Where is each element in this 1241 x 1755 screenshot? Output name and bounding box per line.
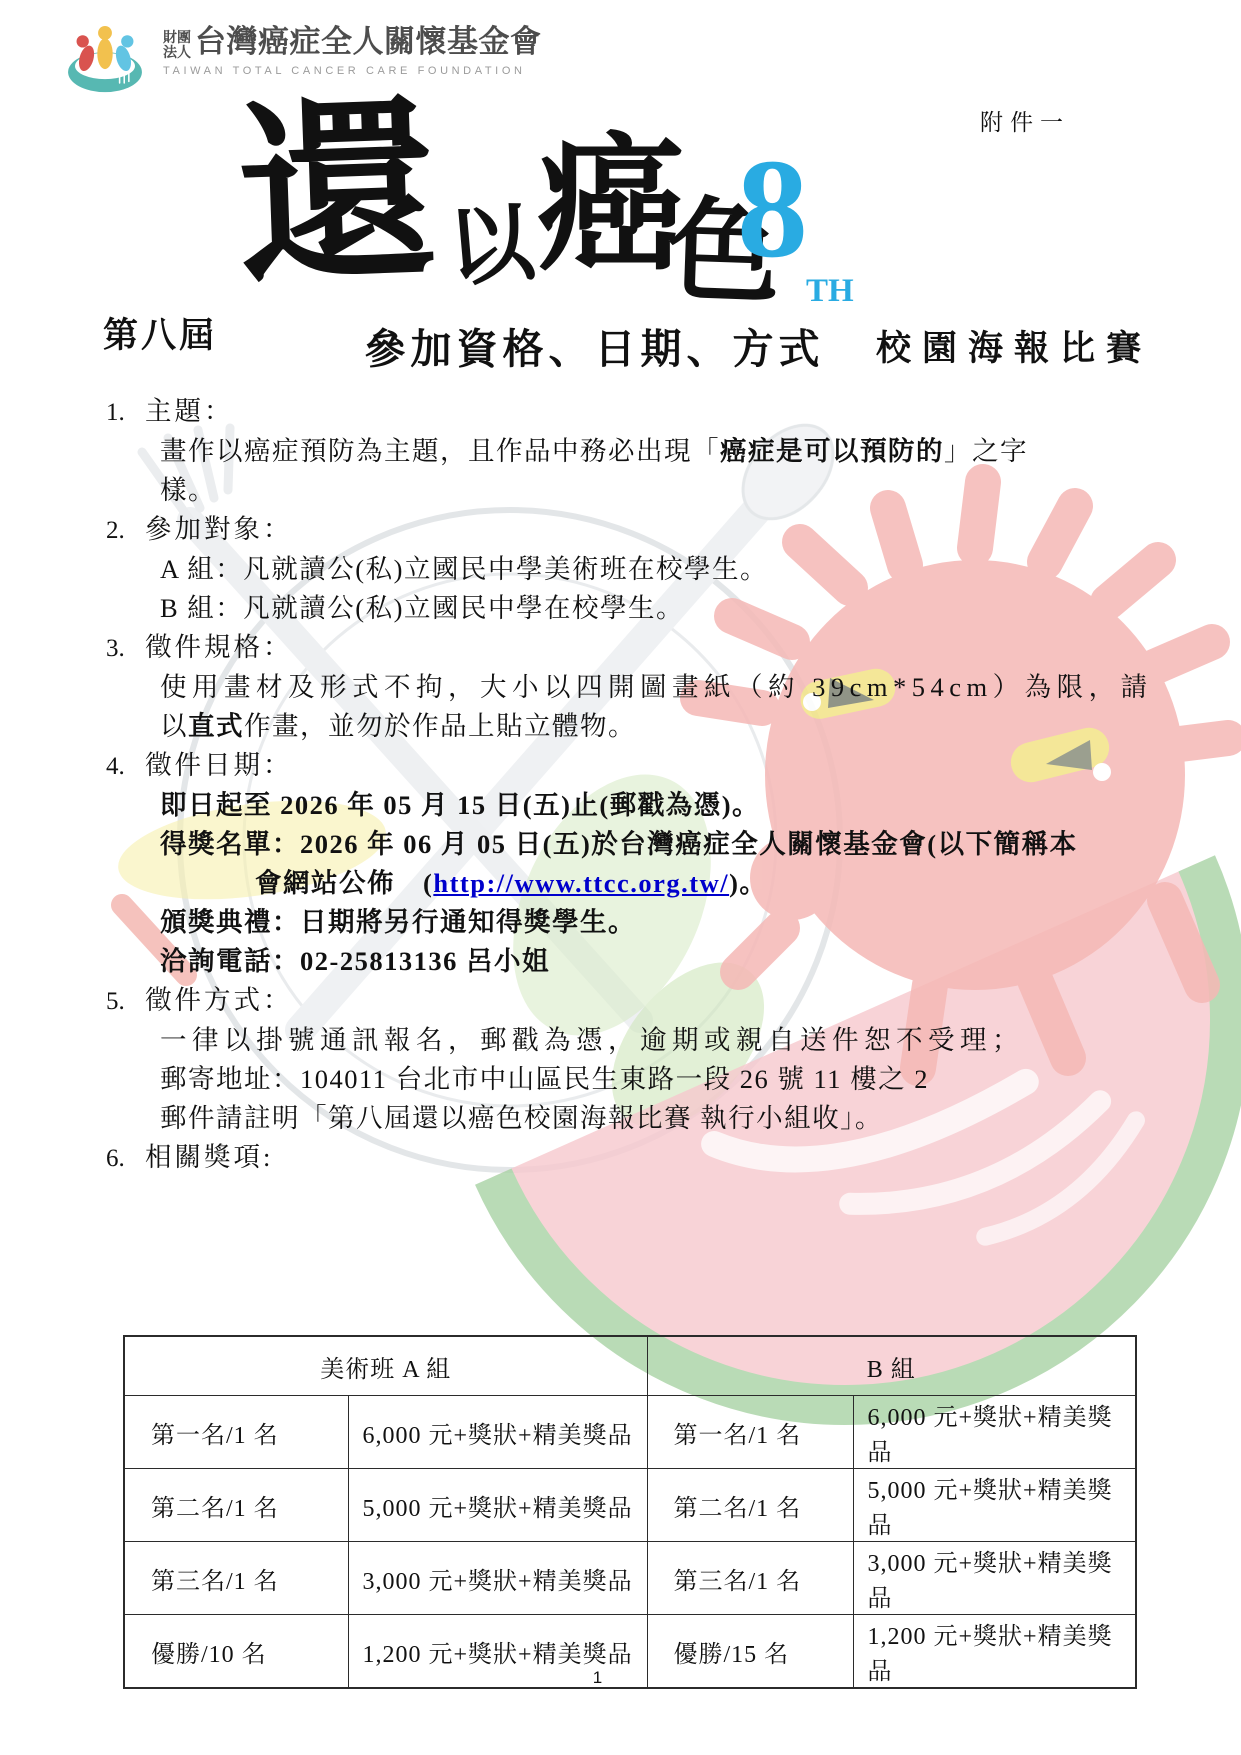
title-row: 第八屆 還 以 癌 色 8 TH 校園海報比賽 — [0, 105, 1241, 325]
list-item: 4.徵件日期：即日起至 2026 年 05 月 15 日(五)止(郵戳為憑)。得… — [106, 746, 1241, 981]
text-segment: )。 — [729, 868, 767, 898]
foundation-bowl-icon — [55, 22, 155, 100]
item-text-line: 得獎名單：2026 年 06 月 05 日(五)於台灣癌症全人關懷基金會(以下簡… — [160, 825, 1241, 864]
item-text-line: 會網站公佈 (http://www.ttcc.org.tw/)。 — [255, 864, 1241, 903]
text-segment: B 組：凡就讀公(私)立國民中學在校學生。 — [160, 593, 684, 623]
text-segment: 畫作以癌症預防為主題，且作品中務必出現「 — [160, 436, 720, 466]
text-segment: 使用畫材及形式不拘，大小以四開圖畫紙（約 39cm*54cm）為限，請 — [160, 672, 1153, 702]
item-text-line: 樣。 — [160, 471, 1241, 510]
item-text-line: 畫作以癌症預防為主題，且作品中務必出現「癌症是可以預防的」之字 — [160, 432, 1241, 471]
item-text-line: B 組：凡就讀公(私)立國民中學在校學生。 — [160, 589, 1241, 628]
text-segment: 癌症是可以預防的 — [720, 436, 944, 466]
prize-cell: 3,000 元+獎狀+精美獎品 — [348, 1542, 647, 1615]
item-text-line: 郵寄地址：104011 台北市中山區民生東路一段 26 號 11 樓之 2 — [160, 1060, 1241, 1099]
item-number: 1. — [106, 393, 145, 432]
rank-cell: 第二名/1 名 — [124, 1469, 348, 1542]
prize-table-header: 美術班 A 組 — [124, 1336, 647, 1396]
item-text-line: 使用畫材及形式不拘，大小以四開圖畫紙（約 39cm*54cm）為限，請 — [160, 668, 1241, 707]
rank-cell: 第一名/1 名 — [124, 1396, 348, 1469]
numbered-list: 1.主題：畫作以癌症預防為主題，且作品中務必出現「癌症是可以預防的」之字樣。2.… — [0, 392, 1241, 1178]
page-number: 1 — [0, 1668, 1218, 1688]
item-heading: 徵件規格： — [145, 632, 293, 662]
document-page: 財團 法人 台灣癌症全人關懷基金會 TAIWAN TOTAL CANCER CA… — [0, 0, 1241, 1755]
text-segment: 洽詢電話：02-25813136 呂小姐 — [160, 946, 550, 976]
prize-table-header: B 組 — [647, 1336, 1136, 1396]
text-segment: 作畫，並勿於作品上貼立體物。 — [244, 711, 636, 741]
list-item: 6.相關獎項: — [106, 1138, 1241, 1178]
text-segment: 一律以掛號通訊報名，郵戳為憑，逾期或親自送件恕不受理； — [160, 1025, 1024, 1055]
prize-table-row: 第三名/1 名3,000 元+獎狀+精美獎品第三名/1 名3,000 元+獎狀+… — [124, 1542, 1136, 1615]
item-heading: 徵件日期： — [145, 750, 293, 780]
prize-cell: 6,000 元+獎狀+精美獎品 — [348, 1396, 647, 1469]
text-segment: 頒獎典禮：日期將另行通知得獎學生。 — [160, 907, 636, 937]
list-item: 3.徵件規格：使用畫材及形式不拘，大小以四開圖畫紙（約 39cm*54cm）為限… — [106, 628, 1241, 746]
item-text-line: 郵件請註明「第八屆還以癌色校園海報比賽 執行小組收」。 — [160, 1099, 1241, 1138]
item-number: 5. — [106, 982, 145, 1021]
item-number: 6. — [106, 1139, 145, 1178]
text-segment: 樣。 — [160, 475, 216, 505]
calligraphy-char-3: 癌 — [537, 133, 685, 281]
text-segment: 得獎名單：2026 年 06 月 05 日(五)於台灣癌症全人關懷基金會(以下簡… — [160, 829, 1078, 859]
text-segment: 郵寄地址：104011 台北市中山區民生東路一段 26 號 11 樓之 2 — [160, 1064, 929, 1094]
item-text-line: 即日起至 2026 年 05 月 15 日(五)止(郵戳為憑)。 — [160, 786, 1241, 825]
prize-table-body: 第一名/1 名6,000 元+獎狀+精美獎品第一名/1 名6,000 元+獎狀+… — [124, 1396, 1136, 1689]
item-heading: 相關獎項: — [145, 1142, 273, 1172]
item-text-line: 頒獎典禮：日期將另行通知得獎學生。 — [160, 903, 1241, 942]
prize-table-row: 第一名/1 名6,000 元+獎狀+精美獎品第一名/1 名6,000 元+獎狀+… — [124, 1396, 1136, 1469]
rank-cell: 第三名/1 名 — [124, 1542, 348, 1615]
text-segment: 」之字 — [944, 436, 1028, 466]
calligraphy-char-1: 還 — [235, 94, 440, 299]
item-heading: 參加對象： — [145, 514, 293, 544]
list-item: 2.參加對象：A 組：凡就讀公(私)立國民中學美術班在校學生。B 組：凡就讀公(… — [106, 510, 1241, 628]
item-text-line: 一律以掛號通訊報名，郵戳為憑，逾期或親自送件恕不受理； — [160, 1021, 1241, 1060]
text-segment: A 組：凡就讀公(私)立國民中學美術班在校學生。 — [160, 554, 768, 584]
foundation-name: 台灣癌症全人關懷基金會 — [195, 22, 542, 62]
text-segment: 即日起至 2026 年 05 月 15 日(五)止(郵戳為憑)。 — [160, 790, 760, 820]
prize-cell: 5,000 元+獎狀+精美獎品 — [853, 1469, 1136, 1542]
item-number: 2. — [106, 511, 145, 550]
edition-suffix: TH — [806, 273, 854, 310]
logo-prefix: 財團 法人 — [163, 30, 191, 62]
text-segment: 郵件請註明「第八屆還以癌色校園海報比賽 執行小組收」。 — [160, 1103, 883, 1133]
edition-number: 8 — [737, 137, 808, 279]
text-segment: 直式 — [188, 711, 244, 741]
calligraphy-char-2: 以 — [444, 199, 537, 292]
text-segment: 以 — [160, 711, 188, 741]
list-item: 5.徵件方式：一律以掛號通訊報名，郵戳為憑，逾期或親自送件恕不受理；郵寄地址：1… — [106, 981, 1241, 1138]
prize-table-head: 美術班 A 組B 組 — [124, 1336, 1136, 1396]
item-heading: 徵件方式： — [145, 985, 293, 1015]
page-subtitle: 參加資格、日期、方式 — [0, 316, 1215, 375]
list-item: 1.主題：畫作以癌症預防為主題，且作品中務必出現「癌症是可以預防的」之字樣。 — [106, 392, 1241, 510]
rank-cell: 第三名/1 名 — [647, 1542, 853, 1615]
prize-table-row: 第二名/1 名5,000 元+獎狀+精美獎品第二名/1 名5,000 元+獎狀+… — [124, 1469, 1136, 1542]
rank-cell: 第一名/1 名 — [647, 1396, 853, 1469]
item-text-line: 洽詢電話：02-25813136 呂小姐 — [160, 942, 1241, 981]
item-number: 4. — [106, 747, 145, 786]
item-number: 3. — [106, 629, 145, 668]
item-text-line: 以直式作畫，並勿於作品上貼立體物。 — [160, 707, 1241, 746]
rank-cell: 第二名/1 名 — [647, 1469, 853, 1542]
prize-cell: 5,000 元+獎狀+精美獎品 — [348, 1469, 647, 1542]
foundation-name-en: TAIWAN TOTAL CANCER CARE FOUNDATION — [163, 65, 542, 77]
prize-cell: 6,000 元+獎狀+精美獎品 — [853, 1396, 1136, 1469]
item-text-line: A 組：凡就讀公(私)立國民中學美術班在校學生。 — [160, 550, 1241, 589]
item-heading: 主題： — [145, 396, 234, 426]
prize-table: 美術班 A 組B 組 第一名/1 名6,000 元+獎狀+精美獎品第一名/1 名… — [123, 1335, 1137, 1689]
website-link[interactable]: http://www.ttcc.org.tw/ — [433, 868, 729, 898]
prize-cell: 3,000 元+獎狀+精美獎品 — [853, 1542, 1136, 1615]
text-segment: 會網站公佈 ( — [255, 868, 433, 898]
